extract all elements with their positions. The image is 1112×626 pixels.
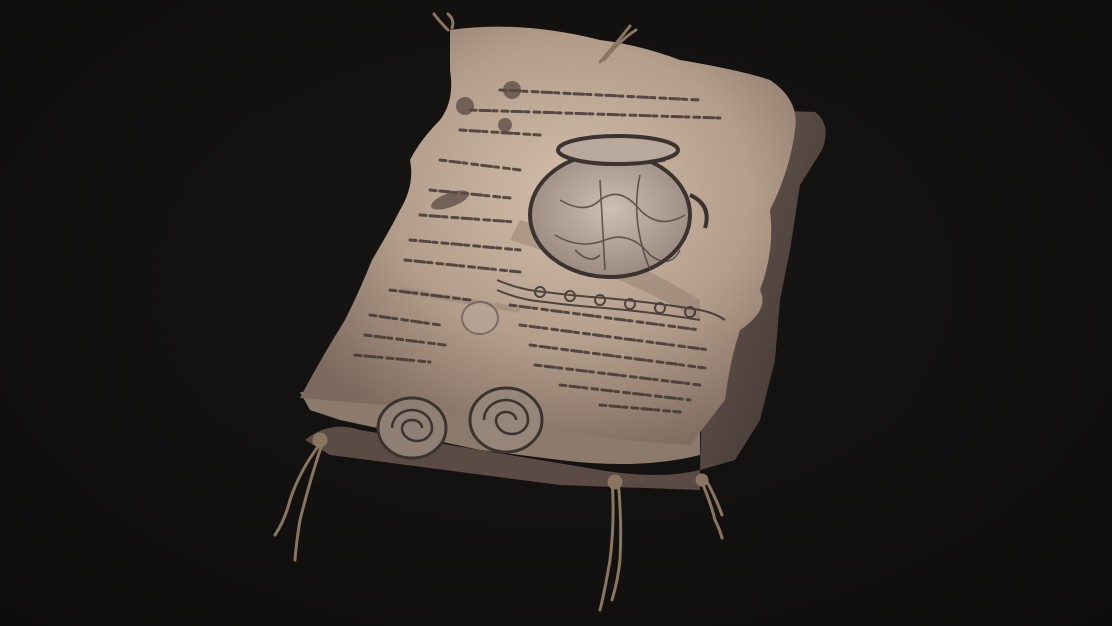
wax-seal-right bbox=[470, 388, 542, 452]
item-illustration-stage bbox=[0, 0, 1112, 626]
wax-seal-left bbox=[378, 398, 446, 458]
parchment-scroll-illustration bbox=[0, 0, 1112, 626]
